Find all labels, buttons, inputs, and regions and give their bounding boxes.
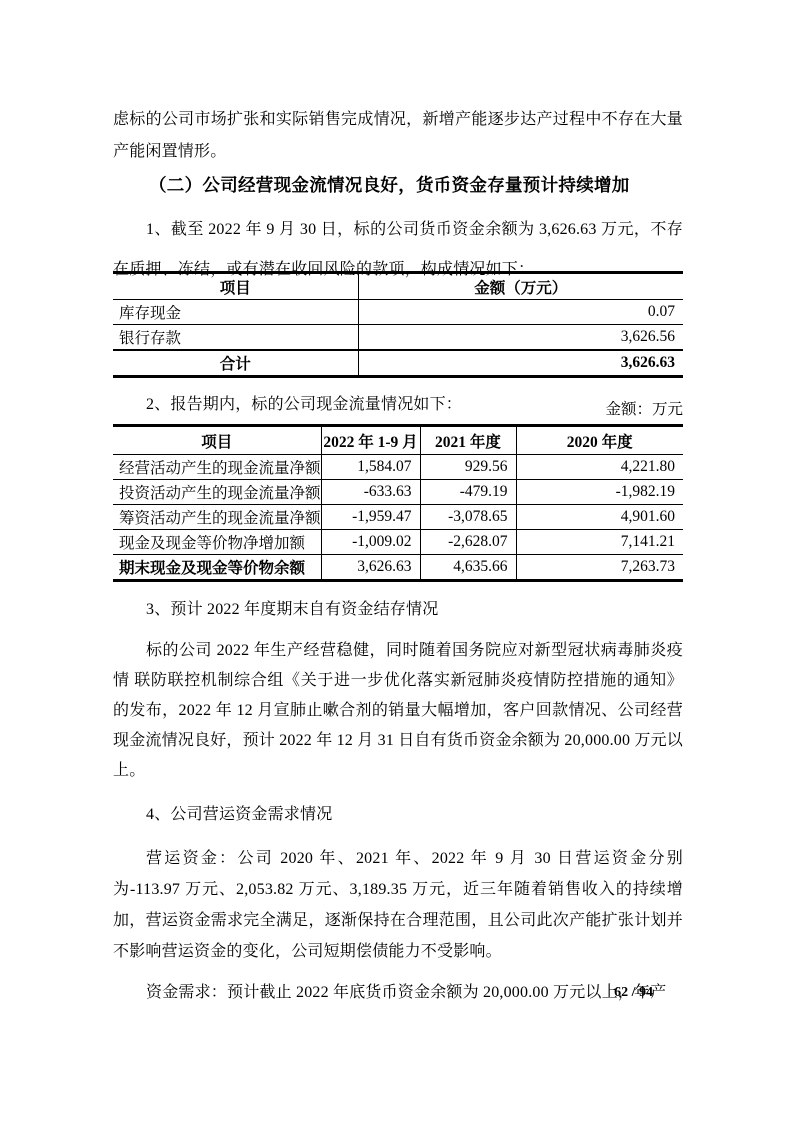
cell-item: 筹资活动产生的现金流量净额 [113, 505, 321, 530]
table-row-operating: 经营活动产生的现金流量净额 1,584.07 929.56 4,221.80 [113, 455, 683, 480]
cell-total-label: 合计 [113, 350, 358, 377]
cell-value: -1,959.47 [321, 505, 420, 530]
table-header-row: 项目 金额（万元） [113, 273, 683, 300]
table-unit-note: 金额：万元 [113, 399, 683, 421]
cell-value: -1,982.19 [516, 480, 683, 505]
paragraph-fund-demand: 资金需求：预计截止 2022 年底货币资金余额为 20,000.00 万元以上，… [113, 978, 683, 1008]
column-header-2022: 2022 年 1-9 月 [321, 426, 420, 455]
column-header-2021: 2021 年度 [420, 426, 516, 455]
cell-value: 4,221.80 [516, 455, 683, 480]
cell-value: -479.19 [420, 480, 516, 505]
table-row: 银行存款 3,626.56 [113, 325, 683, 351]
cell-value: -2,628.07 [420, 530, 516, 555]
cell-item: 现金及现金等价物净增加额 [113, 530, 321, 555]
paragraph-working-capital: 营运资金：公司 2020 年、2021 年、2022 年 9 月 30 日营运资… [113, 843, 683, 967]
heading-fund-forecast: 3、预计 2022 年度期末自有资金结存情况 [113, 597, 683, 623]
cell-value: 7,263.73 [516, 555, 683, 581]
table-row-financing: 筹资活动产生的现金流量净额 -1,959.47 -3,078.65 4,901.… [113, 505, 683, 530]
column-header-item: 项目 [113, 426, 321, 455]
cell-value: 1,584.07 [321, 455, 420, 480]
heading-working-capital: 4、公司营运资金需求情况 [113, 802, 683, 828]
table-total-row: 合计 3,626.63 [113, 350, 683, 377]
cell-value: -3,078.65 [420, 505, 516, 530]
cell-item: 期末现金及现金等价物余额 [113, 555, 321, 581]
cell-item: 投资活动产生的现金流量净额 [113, 480, 321, 505]
column-header-amount: 金额（万元） [358, 273, 683, 300]
table-row: 库存现金 0.07 [113, 300, 683, 325]
cell-item: 经营活动产生的现金流量净额 [113, 455, 321, 480]
cell-item: 库存现金 [113, 300, 358, 325]
paragraph-continuation: 虑标的公司市场扩张和实际销售完成情况，新增产能逐步达产过程中不存在大量产能闲置情… [113, 104, 683, 168]
page-number: 62 / 94 [614, 985, 653, 1001]
document-page: 虑标的公司市场扩张和实际销售完成情况，新增产能逐步达产过程中不存在大量产能闲置情… [0, 0, 793, 1122]
cell-item: 银行存款 [113, 325, 358, 351]
cell-value: 3,626.63 [321, 555, 420, 581]
table-row-investing: 投资活动产生的现金流量净额 -633.63 -479.19 -1,982.19 [113, 480, 683, 505]
table-row-net-increase: 现金及现金等价物净增加额 -1,009.02 -2,628.07 7,141.2… [113, 530, 683, 555]
section-heading-cashflow: （二）公司经营现金流情况良好，货币资金存量预计持续增加 [113, 170, 683, 200]
cash-flow-table: 项目 2022 年 1-9 月 2021 年度 2020 年度 经营活动产生的现… [113, 424, 683, 582]
table-header-row: 项目 2022 年 1-9 月 2021 年度 2020 年度 [113, 426, 683, 455]
cash-composition-table: 项目 金额（万元） 库存现金 0.07 银行存款 3,626.56 合计 3,6… [113, 271, 683, 378]
table-row-ending-balance: 期末现金及现金等价物余额 3,626.63 4,635.66 7,263.73 [113, 555, 683, 581]
paragraph-fund-forecast: 标的公司 2022 年生产经营稳健，同时随着国务院应对新型冠状病毒肺炎疫情 联防… [113, 636, 683, 786]
cell-value: 929.56 [420, 455, 516, 480]
cell-total-amount: 3,626.63 [358, 350, 683, 377]
cell-value: -1,009.02 [321, 530, 420, 555]
cash-flow-table-container: 项目 2022 年 1-9 月 2021 年度 2020 年度 经营活动产生的现… [113, 424, 683, 582]
cell-amount: 3,626.56 [358, 325, 683, 351]
cell-value: -633.63 [321, 480, 420, 505]
column-header-item: 项目 [113, 273, 358, 300]
cell-value: 7,141.21 [516, 530, 683, 555]
column-header-2020: 2020 年度 [516, 426, 683, 455]
cell-value: 4,901.60 [516, 505, 683, 530]
cash-composition-table-container: 项目 金额（万元） 库存现金 0.07 银行存款 3,626.56 合计 3,6… [113, 271, 683, 378]
cell-amount: 0.07 [358, 300, 683, 325]
cell-value: 4,635.66 [420, 555, 516, 581]
